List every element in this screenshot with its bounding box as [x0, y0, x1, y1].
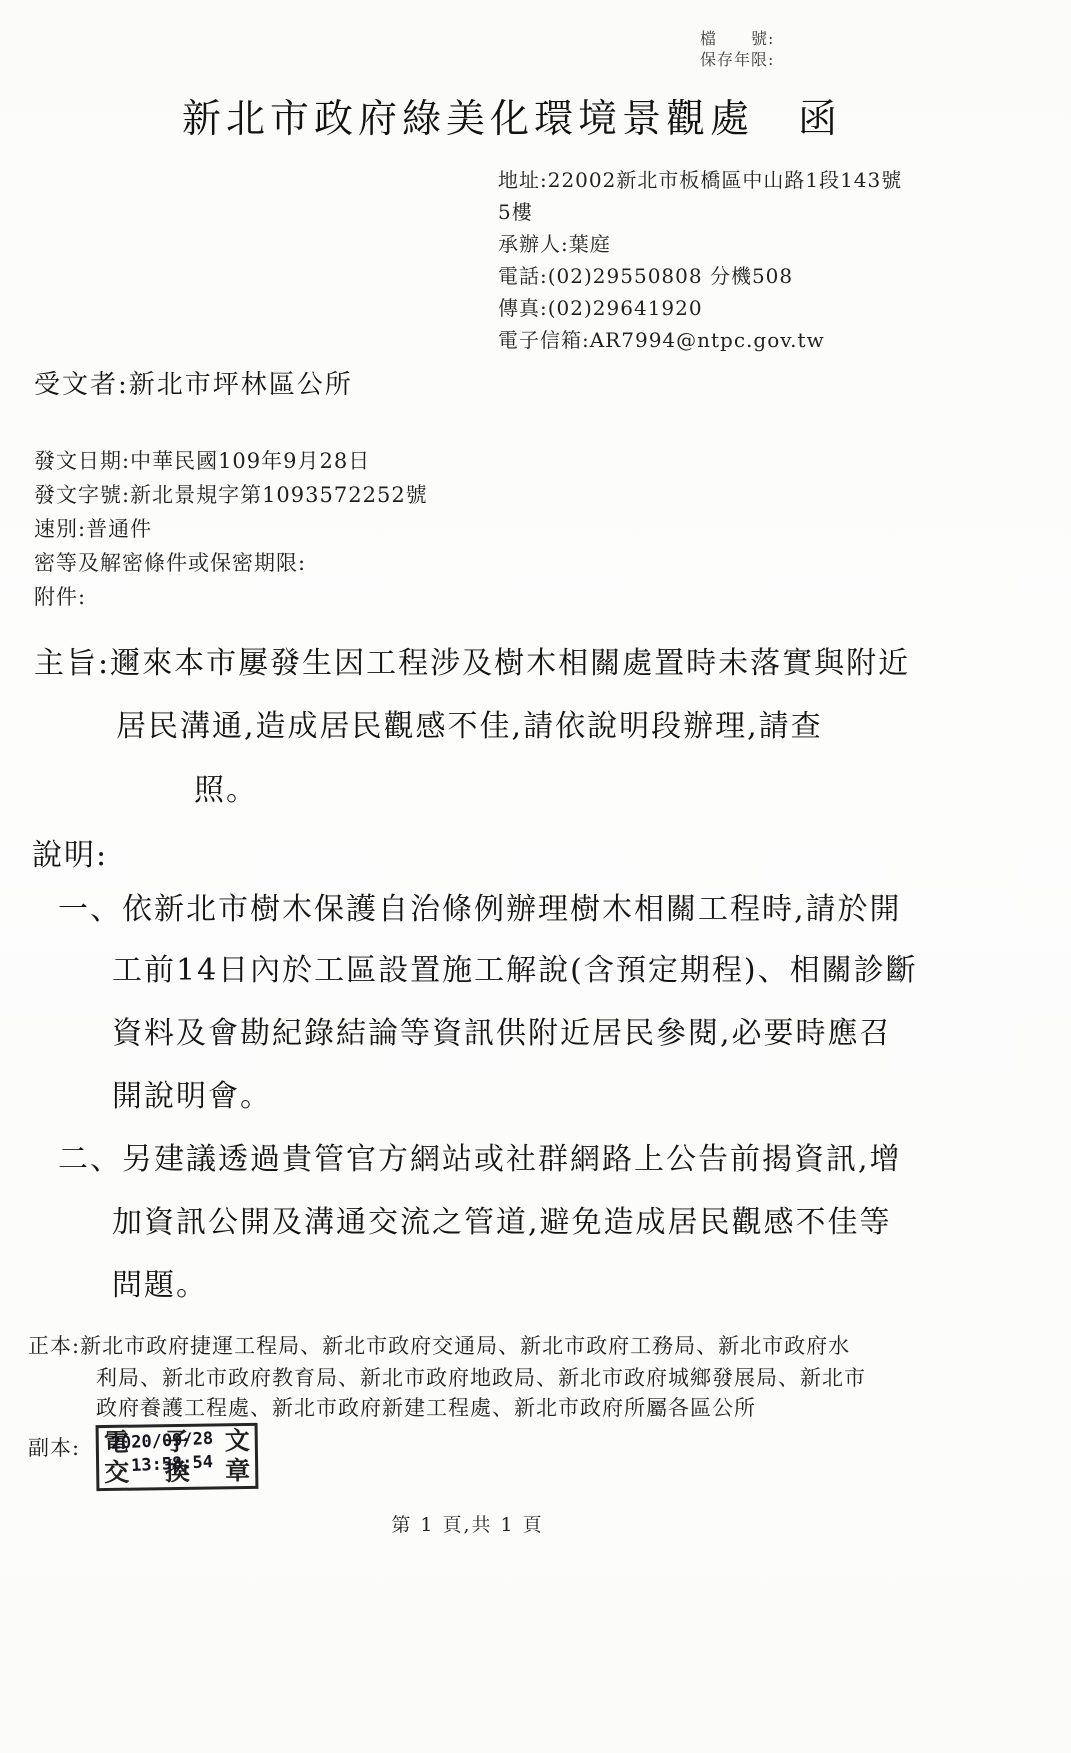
meta-priority: 速別:普通件 — [34, 512, 428, 546]
meta-attachment: 附件: — [34, 580, 428, 614]
sender-address-line2: 5樓 — [498, 196, 902, 228]
page-footer: 第 1 頁,共 1 頁 — [0, 1510, 935, 1537]
meta-issue-date: 發文日期:中華民國109年9月28日 — [34, 444, 428, 478]
electronic-exchange-stamp: 電 子 文 交 換 章 2020/09/28 13:58:54 — [96, 1423, 259, 1491]
distribution-original-line3: 政府養護工程處、新北市政府新建工程處、新北市政府所屬各區公所 — [96, 1392, 756, 1422]
archive-file-no-label: 檔 號: — [700, 28, 774, 49]
explanation-item2-line2: 加資訊公開及溝通交流之管道,避免造成居民觀感不佳等 — [112, 1197, 892, 1241]
explanation-item1-line4: 開說明會。 — [112, 1071, 272, 1115]
subject-line-1: 主旨:邇來本市屢發生因工程涉及樹木相關處置時未落實與附近 — [34, 638, 910, 682]
stamp-char: 章 — [225, 1456, 250, 1486]
sender-fax: 傳真:(02)29641920 — [498, 292, 902, 324]
sender-email: 電子信箱:AR7994@ntpc.gov.tw — [498, 324, 902, 356]
sender-contact-person: 承辦人:葉庭 — [498, 228, 902, 260]
explanation-item1-line1: 一、依新北市樹木保護自治條例辦理樹木相關工程時,請於開 — [58, 884, 902, 928]
distribution-copy-label: 副本: — [28, 1432, 80, 1462]
subject-line-2: 居民溝通,造成居民觀感不佳,請依說明段辦理,請查 — [116, 701, 823, 745]
archive-retention-label: 保存年限: — [700, 49, 774, 70]
meta-security-level: 密等及解密條件或保密期限: — [34, 546, 428, 580]
sender-info-block: 地址:22002新北市板橋區中山路1段143號 5樓 承辦人:葉庭 電話:(02… — [498, 164, 902, 356]
explanation-item2-line1: 二、另建議透過貴管官方網站或社群網路上公告前揭資訊,增 — [58, 1134, 902, 1178]
recipient-line: 受文者:新北市坪林區公所 — [34, 364, 353, 401]
explanation-item1-line3: 資料及會勘紀錄結論等資訊供附近居民參閱,必要時應召 — [112, 1008, 892, 1052]
sender-phone: 電話:(02)29550808 分機508 — [498, 260, 902, 292]
archive-label-block: 檔 號: 保存年限: — [700, 28, 774, 70]
explanation-item1-line2: 工前14日內於工區設置施工解說(含預定期程)、相關診斷 — [112, 945, 918, 989]
stamp-char: 文 — [225, 1426, 250, 1456]
stamp-time: 13:58:54 — [131, 1452, 214, 1476]
document-title: 新北市政府綠美化環境景觀處 函 — [182, 88, 842, 144]
meta-block: 發文日期:中華民國109年9月28日 發文字號:新北景規字第1093572252… — [34, 444, 428, 614]
meta-doc-number: 發文字號:新北景規字第1093572252號 — [34, 478, 428, 512]
subject-line-3: 照。 — [194, 765, 258, 809]
stamp-char: 交 — [104, 1458, 129, 1488]
explanation-heading: 說明: — [32, 830, 108, 874]
explanation-item2-line3: 問題。 — [112, 1260, 208, 1304]
sender-address-line1: 地址:22002新北市板橋區中山路1段143號 — [498, 164, 902, 196]
distribution-original-line2: 利局、新北市政府教育局、新北市政府地政局、新北市政府城鄉發展局、新北市 — [96, 1362, 866, 1392]
scanned-official-letter: 檔 號: 保存年限: 新北市政府綠美化環境景觀處 函 地址:22002新北市板橋… — [0, 0, 1071, 1753]
distribution-original-line1: 正本:新北市政府捷運工程局、新北市政府交通局、新北市政府工務局、新北市政府水 — [28, 1330, 850, 1360]
